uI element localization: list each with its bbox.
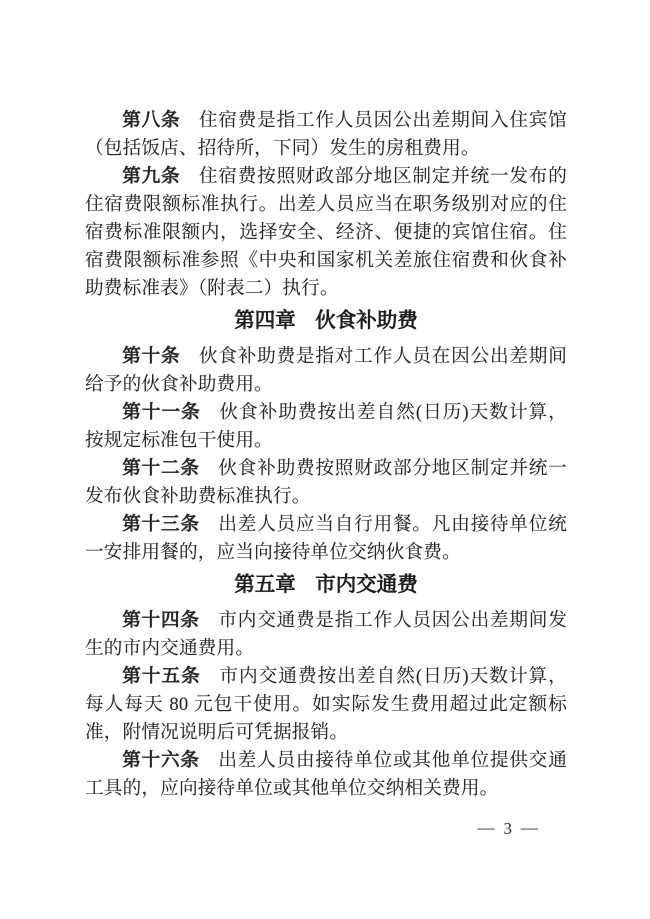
article-paragraph-10: 第十条伙食补助费是指对工作人员在因公出差期间给予的伙食补助费用。 — [85, 343, 567, 399]
article-paragraph-9: 第九条住宿费按照财政部分地区制定并统一发布的住宿费限额标准执行。出差人员应当在职… — [85, 163, 567, 303]
page-number: 3 — [504, 818, 513, 840]
document-text-block: 第八条住宿费是指工作人员因公出差期间入住宾馆（包括饭店、招待所，下同）发生的房租… — [0, 0, 650, 803]
article-number: 第十四条 — [122, 610, 200, 631]
article-paragraph-15: 第十五条市内交通费按出差自然(日历)天数计算，每人每天 80 元包干使用。如实际… — [85, 663, 567, 747]
article-paragraph-16: 第十六条出差人员由接待单位或其他单位提供交通工具的，应向接待单位或其他单位交纳相… — [85, 747, 567, 803]
chapter-number: 第五章 — [234, 573, 296, 596]
chapter-heading-5: 第五章市内交通费 — [85, 571, 567, 599]
page-footer: —3— — [0, 818, 650, 840]
article-number: 第十六条 — [122, 750, 200, 771]
article-paragraph-14: 第十四条市内交通费是指工作人员因公出差期间发生的市内交通费用。 — [85, 607, 567, 663]
article-number: 第十条 — [122, 346, 180, 367]
chapter-title: 伙食补助费 — [315, 309, 418, 332]
chapter-title: 市内交通费 — [315, 573, 418, 596]
footer-right-dash: — — [521, 818, 538, 837]
article-paragraph-11: 第十一条伙食补助费按出差自然(日历)天数计算，按规定标准包干使用。 — [85, 399, 567, 455]
article-number: 第十三条 — [122, 514, 200, 535]
chapter-heading-4: 第四章伙食补助费 — [85, 307, 567, 335]
article-paragraph-8: 第八条住宿费是指工作人员因公出差期间入住宾馆（包括饭店、招待所，下同）发生的房租… — [85, 107, 567, 163]
article-number: 第十五条 — [122, 666, 201, 687]
article-paragraph-12: 第十二条伙食补助费按照财政部分地区制定并统一发布伙食补助费标准执行。 — [85, 455, 567, 511]
chapter-number: 第四章 — [234, 309, 296, 332]
article-number: 第八条 — [122, 110, 180, 131]
article-number: 第九条 — [122, 166, 180, 187]
article-paragraph-13: 第十三条出差人员应当自行用餐。凡由接待单位统一安排用餐的，应当向接待单位交纳伙食… — [85, 511, 567, 567]
scanned-document-page: 第八条住宿费是指工作人员因公出差期间入住宾馆（包括饭店、招待所，下同）发生的房租… — [0, 0, 650, 919]
article-number: 第十二条 — [122, 458, 200, 479]
article-number: 第十一条 — [122, 402, 201, 423]
footer-left-dash: — — [478, 818, 495, 837]
